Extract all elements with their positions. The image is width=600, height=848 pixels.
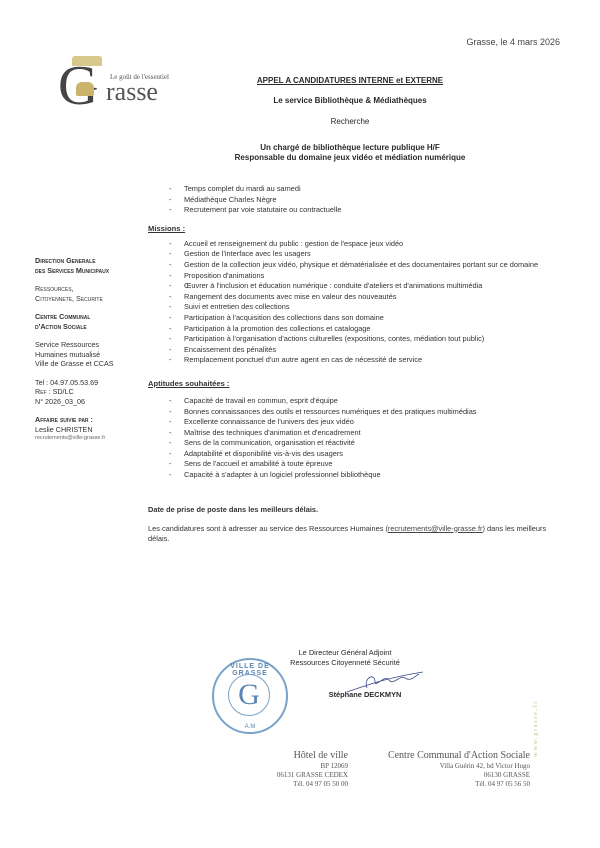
start-date: Date de prise de poste dans les meilleur… bbox=[148, 505, 568, 514]
list-item: Suivi et entretien des collections bbox=[169, 302, 568, 313]
stag-icon bbox=[76, 82, 94, 96]
list-item: Capacité à s'adapter à un logiciel profe… bbox=[169, 470, 568, 481]
list-item: Bonnes connaissances des outils et resso… bbox=[169, 407, 568, 418]
footer-ccas: Centre Communal d'Action Sociale Villa G… bbox=[370, 750, 530, 789]
main-content: Temps complet du mardi au samediMédiathè… bbox=[148, 184, 568, 545]
sidebar-service: Service RessourcesHumaines mutualiséVill… bbox=[35, 340, 155, 369]
list-item: Recrutement par voie statutaire ou contr… bbox=[169, 205, 568, 216]
position-title: Un chargé de bibliothèque lecture publiq… bbox=[140, 143, 560, 163]
list-item: Encaissement des pénalités bbox=[169, 345, 568, 356]
sidebar-rcs: Ressources,Citoyennete, Securite bbox=[35, 284, 155, 303]
list-item: Participation à la promotion des collect… bbox=[169, 324, 568, 335]
signatory-name: Stéphane DECKMYN bbox=[290, 690, 440, 700]
application-text: Les candidatures sont à adresser au serv… bbox=[148, 524, 568, 545]
list-item: Sens de l'accueil et amabilité à toute é… bbox=[169, 459, 568, 470]
official-stamp: VILLE DE GRASSE G A.M bbox=[212, 658, 288, 734]
conditions-list: Temps complet du mardi au samediMédiathè… bbox=[148, 184, 568, 216]
service-name: Le service Bibliothèque & Médiathèques bbox=[140, 96, 560, 105]
aptitudes-list: Capacité de travail en commun, esprit d'… bbox=[148, 396, 568, 481]
list-item: Sens de la communication, organisation e… bbox=[169, 438, 568, 449]
list-item: Excellente connaissance de l'univers des… bbox=[169, 417, 568, 428]
list-item: Gestion de l'interface avec les usagers bbox=[169, 249, 568, 260]
missions-heading: Missions : bbox=[148, 224, 568, 233]
list-item: Maîtrise des techniques d'animation et d… bbox=[169, 428, 568, 439]
document-title: APPEL A CANDIDATURES INTERNE et EXTERNE bbox=[140, 76, 560, 85]
list-item: Participation à l'acquisition des collec… bbox=[169, 313, 568, 324]
website-url[interactable]: www.grasse.fr bbox=[532, 700, 539, 757]
list-item: Adaptabilité et disponibilité vis-à-vis … bbox=[169, 449, 568, 460]
recruitment-email-link[interactable]: recrutements@ville-grasse.fr bbox=[388, 524, 483, 533]
affaire-email[interactable]: recrutements@ville-grasse.fr bbox=[35, 434, 155, 444]
sidebar-contact: Tel : 04.97.05.53.69Ref : SD/LCN° 2026_0… bbox=[35, 378, 155, 407]
signature-block: Le Directeur Général Adjoint Ressources … bbox=[270, 648, 420, 668]
footer-hotel-de-ville: Hôtel de ville BP 12069 06131 GRASSE CED… bbox=[240, 750, 348, 789]
sidebar-dgsm: Direction Generaledes Services Municipau… bbox=[35, 256, 155, 275]
sidebar-affaire: Affaire suivie par : Leslie CHRISTEN rec… bbox=[35, 415, 155, 444]
list-item: Capacité de travail en commun, esprit d'… bbox=[169, 396, 568, 407]
document-date: Grasse, le 4 mars 2026 bbox=[466, 37, 560, 47]
list-item: Œuvrer à l'inclusion et éducation numéri… bbox=[169, 281, 568, 292]
sidebar: Direction Generaledes Services Municipau… bbox=[35, 256, 155, 444]
list-item: Rangement des documents avec mise en val… bbox=[169, 292, 568, 303]
list-item: Participation à l'organisation d'actions… bbox=[169, 334, 568, 345]
list-item: Accueil et renseignement du public : ges… bbox=[169, 239, 568, 250]
missions-list: Accueil et renseignement du public : ges… bbox=[148, 239, 568, 366]
aptitudes-heading: Aptitudes souhaitées : bbox=[148, 379, 568, 388]
recherche-label: Recherche bbox=[140, 117, 560, 126]
sidebar-ccas: Centre Communald'Action Sociale bbox=[35, 312, 155, 331]
stamp-emblem-icon: G bbox=[228, 674, 270, 716]
list-item: Médiathèque Charles Nègre bbox=[169, 195, 568, 206]
list-item: Temps complet du mardi au samedi bbox=[169, 184, 568, 195]
list-item: Proposition d'animations bbox=[169, 271, 568, 282]
list-item: Remplacement ponctuel d'un autre agent e… bbox=[169, 355, 568, 366]
list-item: Gestion de la collection jeux vidéo, phy… bbox=[169, 260, 568, 271]
